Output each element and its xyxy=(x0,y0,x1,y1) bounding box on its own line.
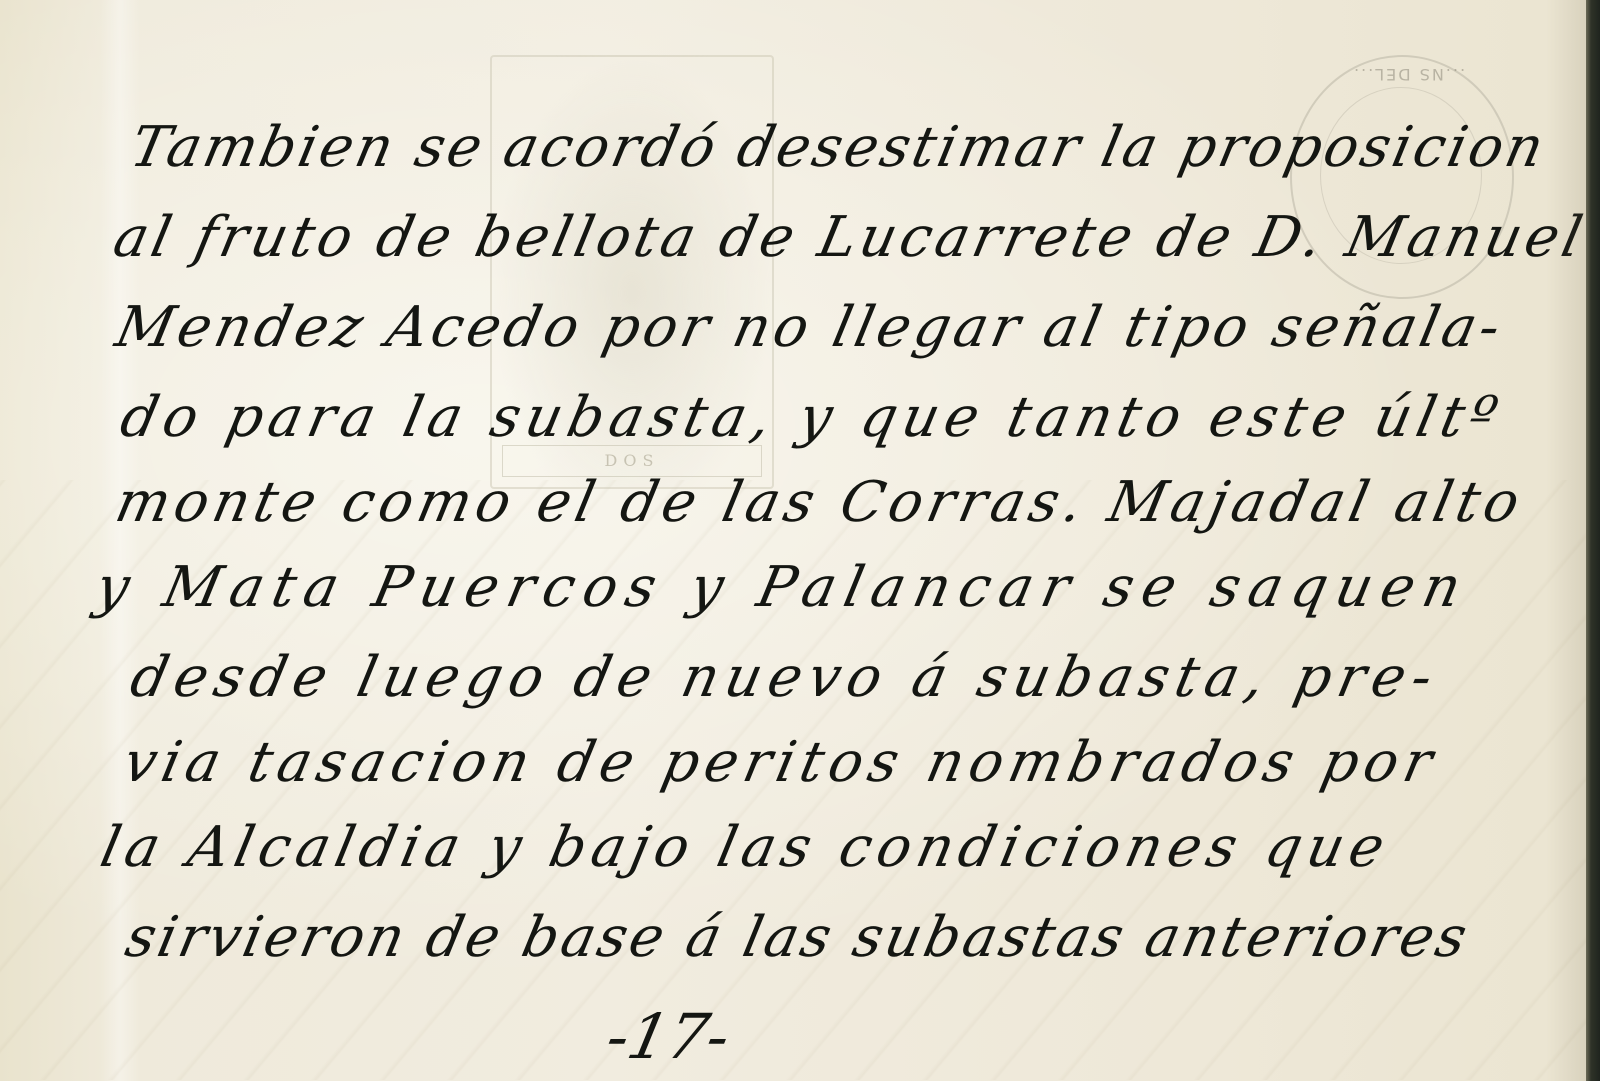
manuscript-page: DOS ...NS DEL... Tambien se acordó deses… xyxy=(0,0,1600,1081)
handwritten-text: Tambien se acordó desestimar la proposic… xyxy=(0,0,1600,1081)
manuscript-line: sirvieron de base á las subastas anterio… xyxy=(120,905,1475,970)
manuscript-line: y Mata Puercos y Palancar se saquen xyxy=(90,555,1476,620)
manuscript-line: desde luego de nuevo á subasta, pre- xyxy=(125,645,1445,710)
manuscript-line: al fruto de bellota de Lucarrete de D. M… xyxy=(108,205,1592,270)
manuscript-line: via tasacion de peritos nombrados por xyxy=(118,730,1444,795)
manuscript-line: Mendez Acedo por no llegar al tipo señal… xyxy=(110,295,1510,360)
page-binding-edge xyxy=(1586,0,1600,1081)
manuscript-line: la Alcaldia y bajo las condiciones que xyxy=(95,815,1396,880)
manuscript-line: do para la subasta, y que tanto este últ… xyxy=(115,385,1509,450)
page-number: -17- xyxy=(600,1000,736,1073)
manuscript-line: Tambien se acordó desestimar la proposic… xyxy=(125,115,1552,180)
manuscript-line: monte como el de las Corras. Majadal alt… xyxy=(110,470,1530,535)
page-edge-shadow xyxy=(1546,0,1586,1081)
